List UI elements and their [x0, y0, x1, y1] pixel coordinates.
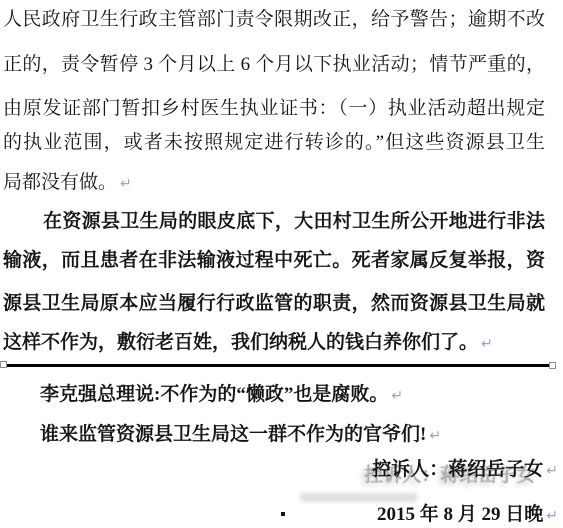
paragraph-mark-icon: ↵ — [429, 428, 441, 444]
paragraph-line: 这样不作为，敷衍老百姓，我们纳税人的钱白养你们了。↵ — [3, 331, 545, 356]
horizontal-rule[interactable] — [0, 364, 550, 367]
paragraph-line: 人民政府卫生行政主管部门责令限期改正，给予警告；逾期不改 — [3, 8, 545, 31]
paragraph-line: 输液，而且患者在非法输液过程中死亡。死者家属反复举报，资 — [3, 249, 545, 272]
signature-line: 控诉人：蒋绍岳子女↵ — [3, 458, 558, 483]
paragraph-mark-icon: ↵ — [546, 463, 558, 479]
paragraph-line: 正的，责令暂停 3 个月以上 6 个月以下执业活动；情节严重的， — [3, 53, 545, 76]
paragraph-text: 在资源县卫生局的眼皮底下，大田村卫生所公开地进行非法 — [43, 210, 545, 233]
paragraph-mark-icon: ↵ — [481, 336, 493, 352]
paragraph-text: 由原发证部门暂扣乡村医生执业证书：（一）执业活动超出规定 — [3, 97, 545, 120]
date-text: 2015 年 8 月 29 日晚 — [377, 504, 543, 525]
paragraph-text: 李克强总理说:不作为的“懒政”也是腐败。 — [40, 384, 388, 405]
watermark-smudge — [300, 493, 418, 502]
paragraph-text: 正的，责令暂停 3 个月以上 6 个月以下执业活动；情节严重的， — [3, 53, 545, 76]
paragraph-line: 源县卫生局原本应当履行行政监管的职责，然而资源县卫生局就 — [3, 292, 545, 315]
paragraph-text: 输液，而且患者在非法输液过程中死亡。死者家属反复举报，资 — [3, 249, 545, 272]
paragraph-line: 的执业范围，或者未按照规定进行转诊的。”但这些资源县卫生 — [3, 131, 545, 154]
paragraph-text: 人民政府卫生行政主管部门责令限期改正，给予警告；逾期不改 — [3, 8, 545, 31]
paragraph-mark-icon: ↵ — [391, 388, 403, 404]
signature-text: 控诉人：蒋绍岳子女 — [372, 459, 543, 480]
paragraph-text: 这样不作为，敷衍老百姓，我们纳税人的钱白养你们了。 — [3, 332, 478, 353]
paragraph-line: 在资源县卫生局的眼皮底下，大田村卫生所公开地进行非法 — [3, 210, 545, 233]
paragraph-mark-icon: ↵ — [546, 508, 558, 524]
paragraph-text: 的执业范围，或者未按照规定进行转诊的。”但这些资源县卫生 — [3, 131, 545, 154]
paragraph-line: 谁来监管资源县卫生局这一群不作为的官爷们!↵ — [3, 423, 545, 448]
word-document-page: 人民政府卫生行政主管部门责令限期改正，给予警告；逾期不改 正的，责令暂停 3 个… — [0, 0, 563, 528]
paragraph-text: 源县卫生局原本应当履行行政监管的职责，然而资源县卫生局就 — [3, 292, 545, 315]
resize-handle[interactable] — [549, 362, 556, 369]
date-line: 2015 年 8 月 29 日晚↵ — [3, 503, 558, 528]
paragraph-line: 由原发证部门暂扣乡村医生执业证书：（一）执业活动超出规定 — [3, 97, 545, 120]
paragraph-text: 谁来监管资源县卫生局这一群不作为的官爷们! — [40, 424, 426, 445]
paragraph-mark-icon: ↵ — [120, 176, 132, 192]
paragraph-line: 李克强总理说:不作为的“懒政”也是腐败。↵ — [3, 383, 545, 408]
resize-handle[interactable] — [0, 361, 7, 368]
paragraph-line: 局都没有做。↵ — [3, 171, 545, 196]
paragraph-text: 局都没有做。 — [3, 172, 117, 193]
